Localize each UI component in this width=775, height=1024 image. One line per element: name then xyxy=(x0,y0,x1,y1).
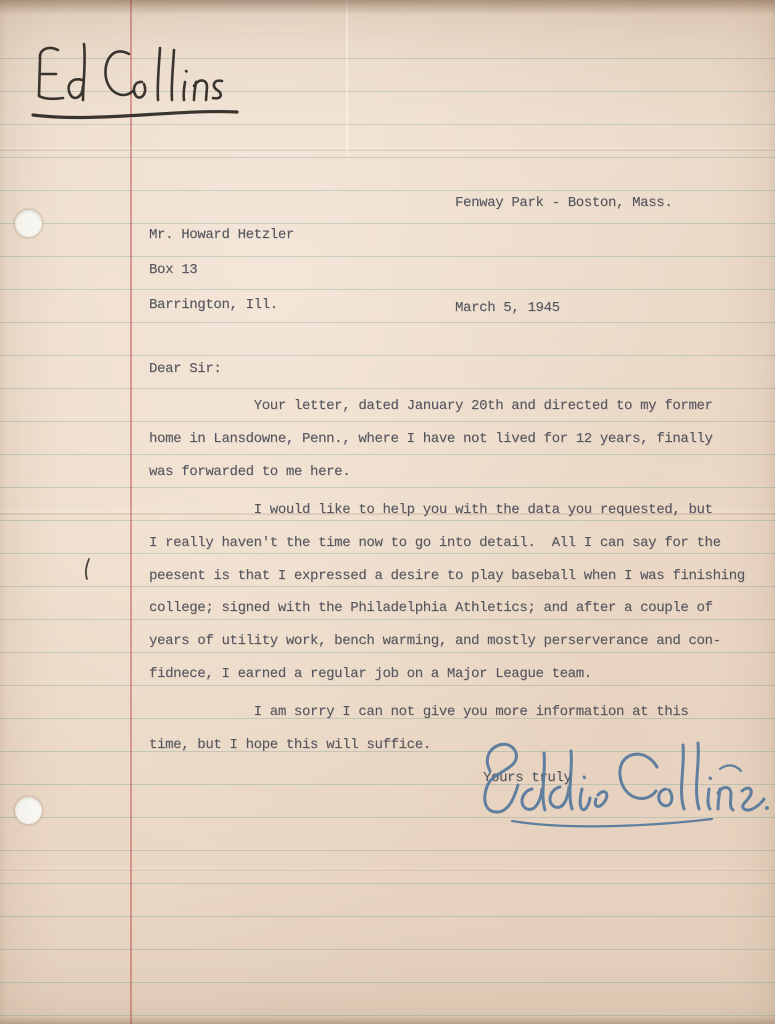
letter-scan-page: Fenway Park - Boston, Mass. March 5, 194… xyxy=(0,0,775,1024)
hole-punch-bottom xyxy=(15,797,42,824)
paper-crease-vertical xyxy=(346,0,348,155)
red-margin-line xyxy=(130,0,132,1024)
letter-header: Fenway Park - Boston, Mass. March 5, 194… xyxy=(455,116,672,396)
header-location: Fenway Park - Boston, Mass. xyxy=(455,186,672,221)
body-paragraph-1: Your letter, dated January 20th and dire… xyxy=(149,390,713,488)
paper-crease-bottom xyxy=(0,869,775,871)
recipient-address: Mr. Howard Hetzler Box 13 Barrington, Il… xyxy=(149,218,294,323)
handwritten-name-ed-collins xyxy=(25,30,255,130)
hole-punch-top xyxy=(15,210,42,237)
scan-edge-bottom xyxy=(0,1016,775,1024)
signature-eddie-collins xyxy=(452,733,772,838)
header-date: March 5, 1945 xyxy=(455,291,672,326)
salutation: Dear Sir: xyxy=(149,353,221,386)
scan-edge-top xyxy=(0,0,775,15)
stray-ink-mark xyxy=(80,556,96,582)
body-paragraph-2: I would like to help you with the data y… xyxy=(149,494,745,691)
